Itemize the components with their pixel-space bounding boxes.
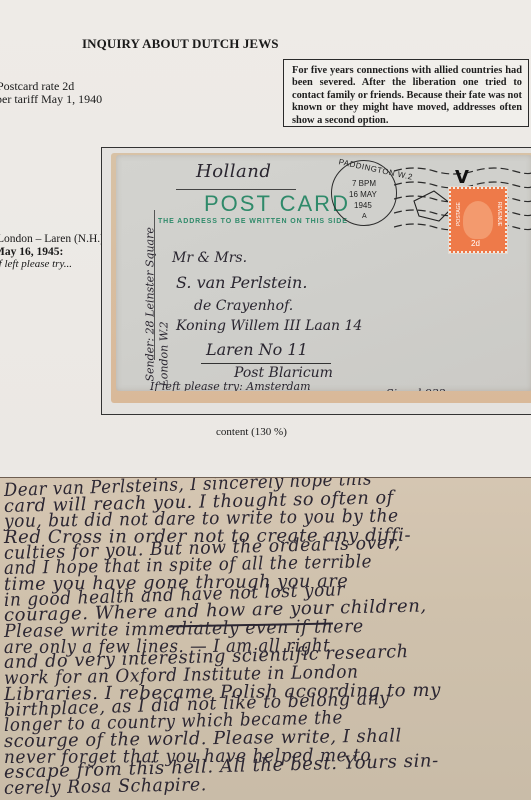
postcard-frame: Holland POST CARD THE ADDRESS TO BE WRIT… [101, 147, 531, 415]
address-line: If left please try: Amsterdam [150, 380, 311, 391]
address-line: Post Blaricum [234, 365, 333, 381]
address-line: Koning Willem III Laan 14 [176, 318, 362, 334]
postmark-year: 1945 [354, 201, 372, 210]
address-line: de Crayenhof. [194, 298, 293, 314]
destination-underline [176, 189, 296, 190]
stamp-right-text: REVENUE [496, 202, 502, 226]
route-remark: If left please try... [0, 258, 104, 271]
sender-rule [154, 210, 155, 360]
victory-v-mark: V [455, 167, 469, 188]
postcard-front: Holland POST CARD THE ADDRESS TO BE WRIT… [116, 155, 531, 391]
rate-note: Postcard rate 2d per tariff May 1, 1940 [0, 80, 102, 106]
postmark-icon: PADDINGTON W.2 7 BPM 16 MAY 1945 A [331, 160, 397, 226]
address-line: Laren No 11 [206, 340, 308, 359]
stamp-left-text: POSTAGE [456, 202, 462, 226]
postmark-date: 16 MAY [349, 190, 377, 199]
sender-city: London W.2 [158, 187, 171, 387]
postage-stamp: POSTAGE REVENUE 2d [449, 187, 507, 253]
postmark-code: A [362, 213, 367, 220]
route-note: London – Laren (N.H.) May 16, 1945: If l… [0, 233, 104, 271]
stamp-value: 2d [471, 239, 480, 248]
postcard-title: POST CARD [204, 191, 350, 217]
address-line: Mr & Mrs. [172, 250, 247, 266]
rate-note-line: per tariff May 1, 1940 [0, 93, 102, 106]
album-page: INQUIRY ABOUT DUTCH JEWS Postcard rate 2… [0, 0, 531, 470]
info-box: For five years connections with allied c… [283, 59, 529, 127]
postmark-time: 7 BPM [352, 179, 376, 188]
page-title: INQUIRY ABOUT DUTCH JEWS [82, 36, 279, 52]
postcard-subtitle: THE ADDRESS TO BE WRITTEN ON THIS SIDE [158, 218, 348, 225]
route-text: London – Laren (N.H.) [0, 233, 104, 246]
address-underline [201, 363, 331, 364]
address-line: S. van Perlstein. [176, 273, 307, 292]
content-caption: content (130 %) [216, 426, 287, 438]
route-date: May 16, 1945: [0, 246, 104, 259]
king-portrait-icon [463, 201, 493, 239]
address-line: Singel 932. [386, 387, 449, 391]
destination-text: Holland [196, 161, 271, 182]
letter-content: Dear van Perlsteins, I sincerely hope th… [0, 477, 531, 800]
letter-line: cerely Rosa Schapire. [4, 774, 207, 799]
